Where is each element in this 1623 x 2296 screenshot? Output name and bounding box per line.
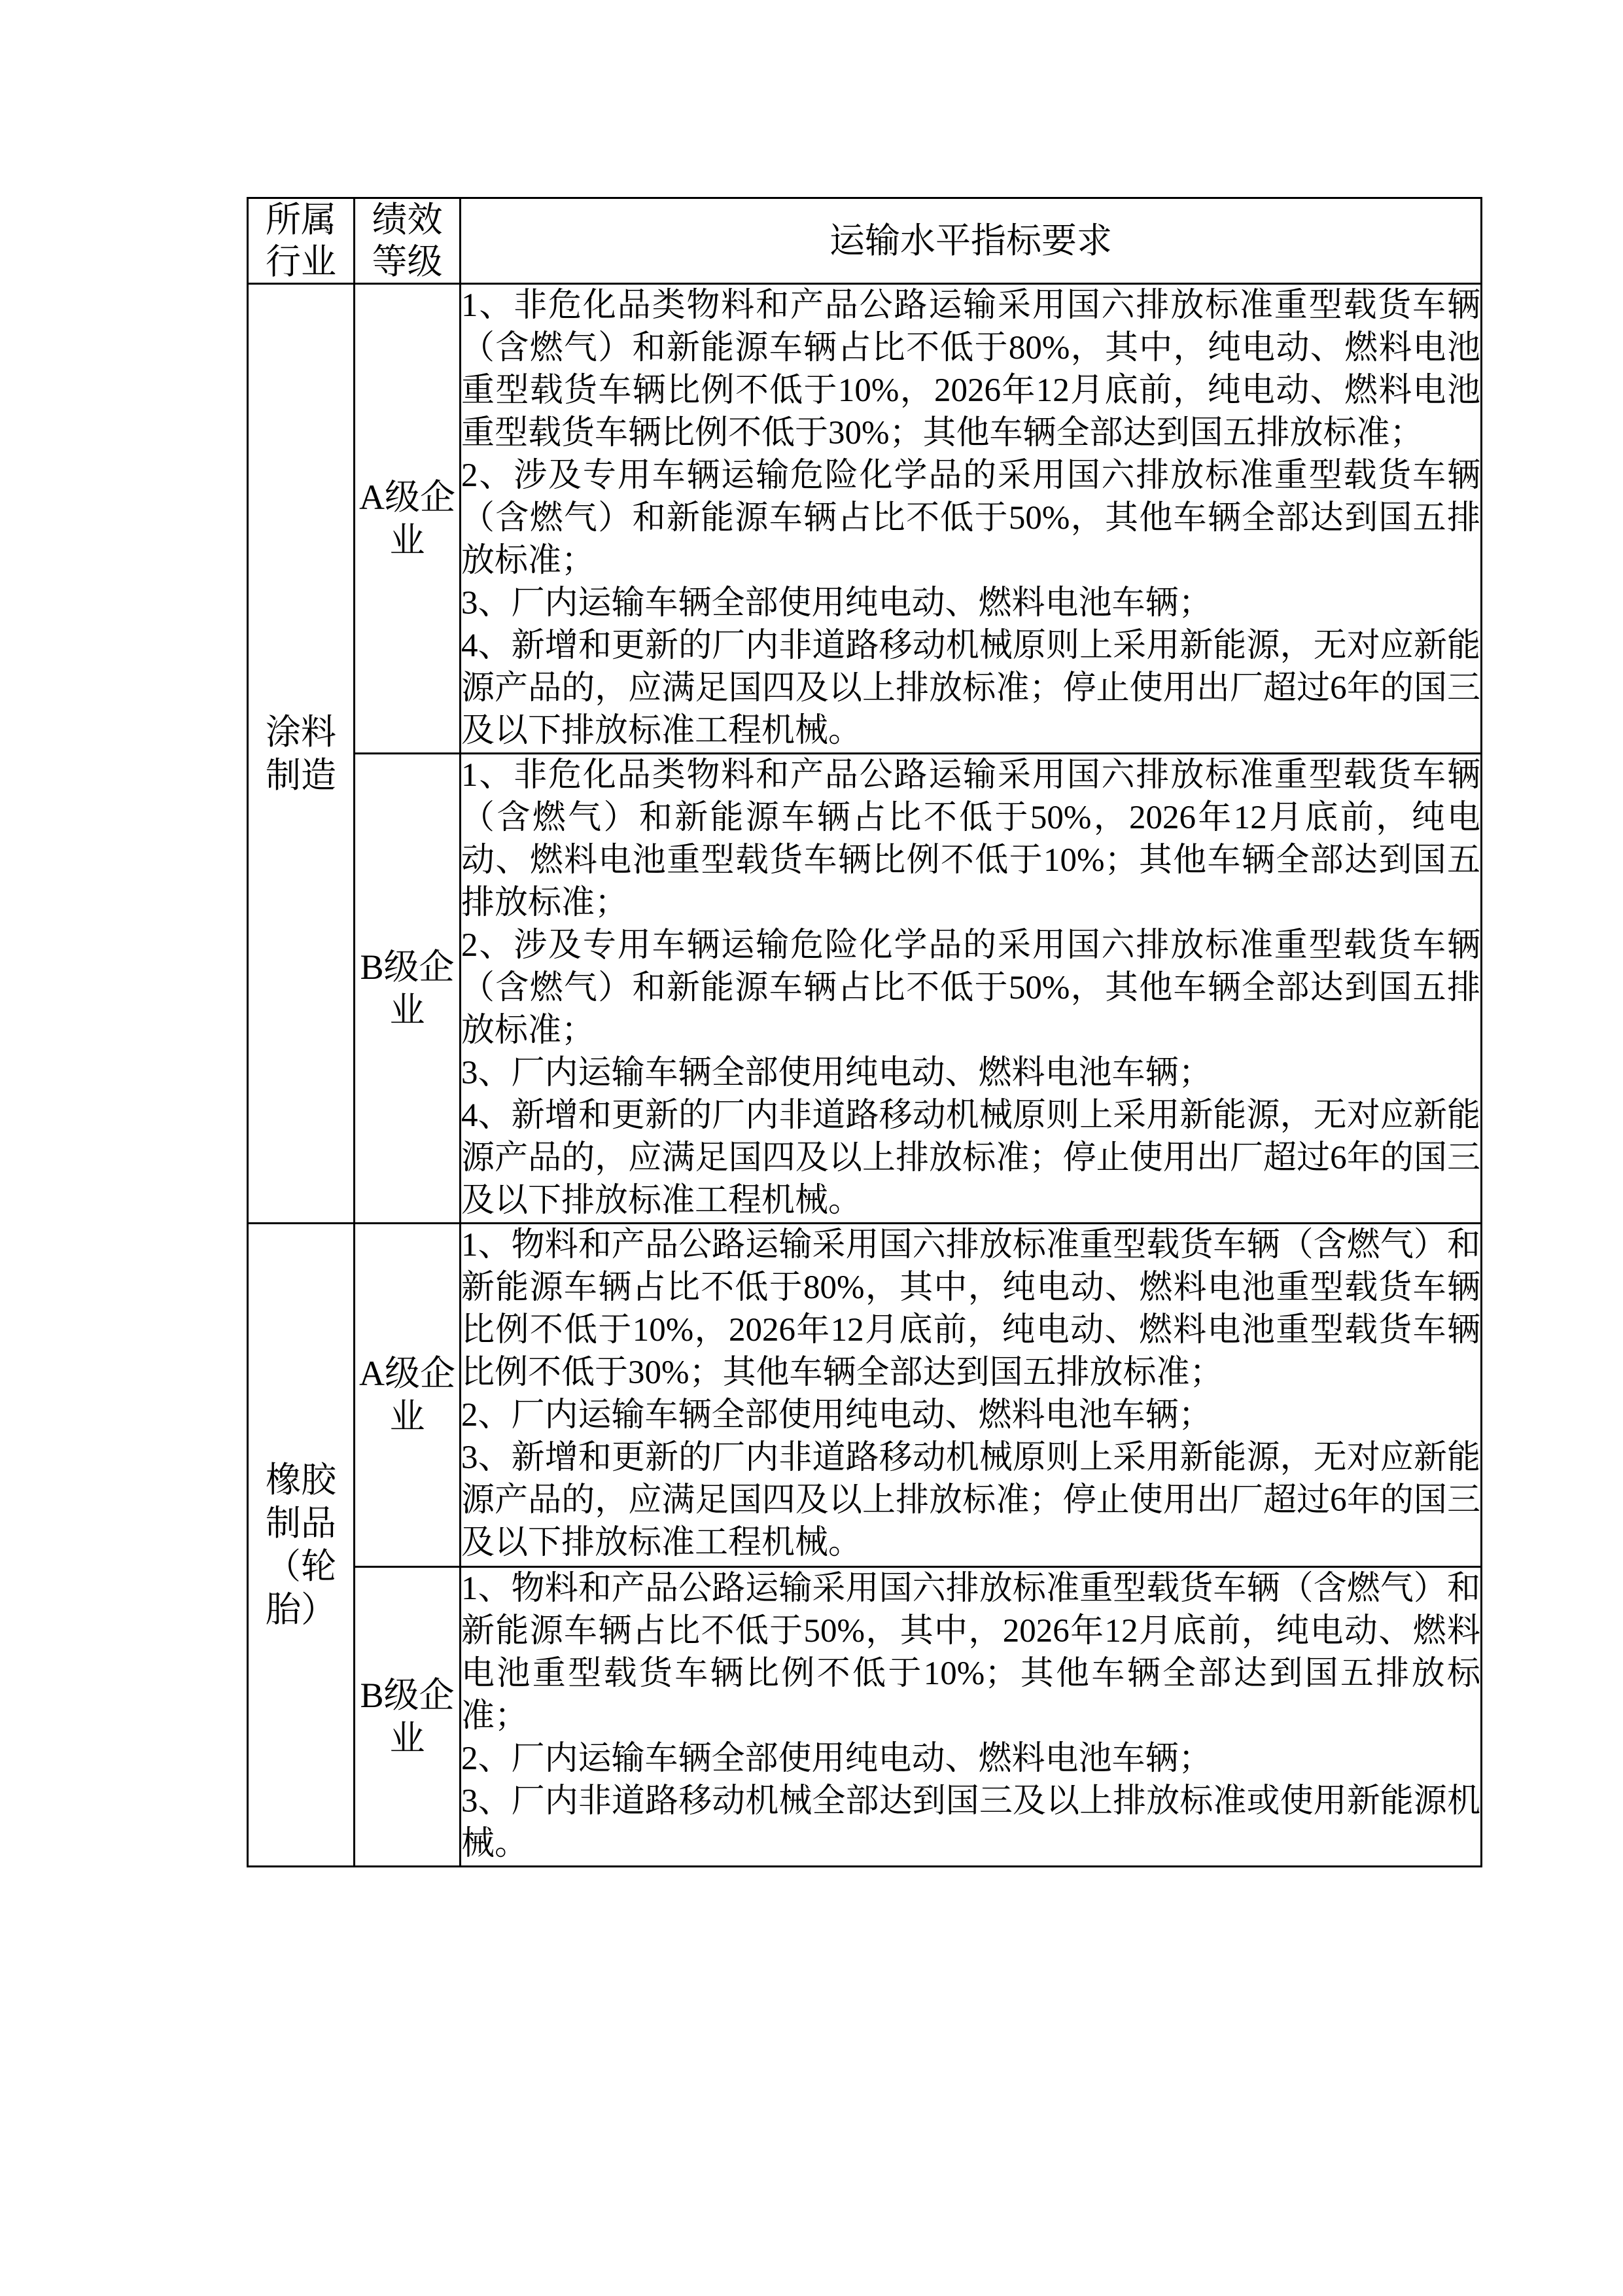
requirement-item: 2、涉及专用车辆运输危险化学品的采用国六排放标准重型载货车辆（含燃气）和新能源车… bbox=[461, 925, 1480, 1052]
requirements-rubber-a: 1、物料和产品公路运输采用国六排放标准重型载货车辆（含燃气）和新能源车辆占比不低… bbox=[461, 1224, 1482, 1567]
table-row-coating-b: B级企业 1、非危化品类物料和产品公路运输采用国六排放标准重型载货车辆（含燃气）… bbox=[248, 754, 1482, 1224]
header-requirements: 运输水平指标要求 bbox=[461, 198, 1482, 284]
table-row-rubber-b: B级企业 1、物料和产品公路运输采用国六排放标准重型载货车辆（含燃气）和新能源车… bbox=[248, 1567, 1482, 1867]
table-row-rubber-a: 橡胶制品（轮胎） A级企业 1、物料和产品公路运输采用国六排放标准重型载货车辆（… bbox=[248, 1224, 1482, 1567]
document-page: 所属行业 绩效等级 运输水平指标要求 涂料制造 A级企业 1、非危化品类物料和产… bbox=[0, 0, 1623, 2296]
requirements-coating-a: 1、非危化品类物料和产品公路运输采用国六排放标准重型载货车辆（含燃气）和新能源车… bbox=[461, 284, 1482, 754]
requirement-item: 1、物料和产品公路运输采用国六排放标准重型载货车辆（含燃气）和新能源车辆占比不低… bbox=[461, 1568, 1480, 1738]
requirement-item: 2、涉及专用车辆运输危险化学品的采用国六排放标准重型载货车辆（含燃气）和新能源车… bbox=[461, 455, 1480, 582]
requirement-item: 3、新增和更新的厂内非道路移动机械原则上采用新能源，无对应新能源产品的，应满足国… bbox=[461, 1437, 1480, 1564]
requirements-rubber-b: 1、物料和产品公路运输采用国六排放标准重型载货车辆（含燃气）和新能源车辆占比不低… bbox=[461, 1567, 1482, 1867]
requirement-item: 2、厂内运输车辆全部使用纯电动、燃料电池车辆； bbox=[461, 1394, 1480, 1437]
requirements-coating-b: 1、非危化品类物料和产品公路运输采用国六排放标准重型载货车辆（含燃气）和新能源车… bbox=[461, 754, 1482, 1224]
requirement-item: 3、厂内运输车辆全部使用纯电动、燃料电池车辆； bbox=[461, 1052, 1480, 1095]
grade-label-rubber-a: A级企业 bbox=[355, 1224, 461, 1567]
header-industry: 所属行业 bbox=[248, 198, 355, 284]
requirement-item: 1、非危化品类物料和产品公路运输采用国六排放标准重型载货车辆（含燃气）和新能源车… bbox=[461, 285, 1480, 455]
table-row-coating-a: 涂料制造 A级企业 1、非危化品类物料和产品公路运输采用国六排放标准重型载货车辆… bbox=[248, 284, 1482, 754]
requirement-item: 4、新增和更新的厂内非道路移动机械原则上采用新能源，无对应新能源产品的，应满足国… bbox=[461, 1095, 1480, 1222]
industry-label-rubber: 橡胶制品（轮胎） bbox=[248, 1224, 355, 1867]
requirement-item: 1、非危化品类物料和产品公路运输采用国六排放标准重型载货车辆（含燃气）和新能源车… bbox=[461, 754, 1480, 925]
requirement-item: 3、厂内运输车辆全部使用纯电动、燃料电池车辆； bbox=[461, 582, 1480, 625]
grade-label-rubber-b: B级企业 bbox=[355, 1567, 461, 1867]
requirements-table: 所属行业 绩效等级 运输水平指标要求 涂料制造 A级企业 1、非危化品类物料和产… bbox=[247, 197, 1482, 1867]
header-grade: 绩效等级 bbox=[355, 198, 461, 284]
requirement-item: 3、厂内非道路移动机械全部达到国三及以上排放标准或使用新能源机械。 bbox=[461, 1780, 1480, 1865]
requirement-item: 2、厂内运输车辆全部使用纯电动、燃料电池车辆； bbox=[461, 1738, 1480, 1780]
grade-label-coating-a: A级企业 bbox=[355, 284, 461, 754]
industry-label-coating: 涂料制造 bbox=[248, 284, 355, 1224]
table-header-row: 所属行业 绩效等级 运输水平指标要求 bbox=[248, 198, 1482, 284]
requirement-item: 4、新增和更新的厂内非道路移动机械原则上采用新能源，无对应新能源产品的，应满足国… bbox=[461, 625, 1480, 752]
requirement-item: 1、物料和产品公路运输采用国六排放标准重型载货车辆（含燃气）和新能源车辆占比不低… bbox=[461, 1224, 1480, 1394]
grade-label-coating-b: B级企业 bbox=[355, 754, 461, 1224]
